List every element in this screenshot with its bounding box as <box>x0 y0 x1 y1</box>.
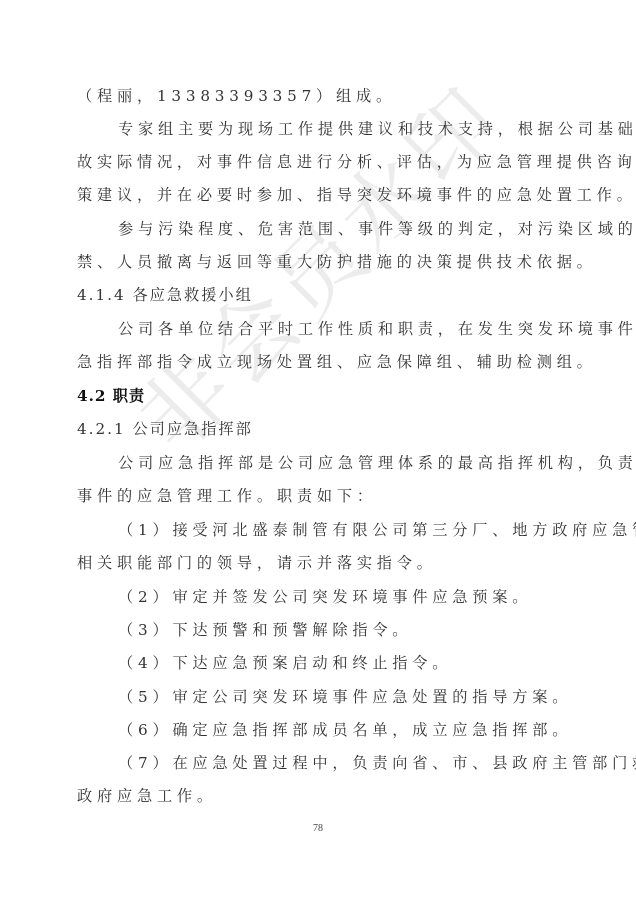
list-item-2: （2）审定并签发公司突发环境事件应急预案。 <box>118 581 561 614</box>
list-item-6: （6）确定应急指挥部成员名单，成立应急指挥部。 <box>118 714 561 747</box>
paragraph-line: 公司应急指挥部是公司应急管理体系的最高指挥机构，负责公司突发 <box>118 447 561 480</box>
list-item-1: （1）接受河北盛泰制管有限公司第三分厂、地方政府应急管理机构及 <box>118 514 561 547</box>
text-line: 策建议，并在必要时参加、指导突发环境事件的应急处置工作。 <box>77 179 561 212</box>
text-line: 相关职能部门的领导，请示并落实指令。 <box>77 547 561 580</box>
section-heading-4-2: 4.2 职责 <box>77 380 561 413</box>
text-line: 禁、人员撤离与返回等重大防护措施的决策提供技术依据。 <box>77 246 561 279</box>
page-number: 78 <box>306 820 330 838</box>
paragraph-line: 公司各单位结合平时工作性质和职责，在发生突发环境事件时根据应 <box>118 313 561 346</box>
paragraph-line: 专家组主要为现场工作提供建议和技术支持，根据公司基础资料和事 <box>118 113 561 146</box>
list-item-7: （7）在应急处置过程中，负责向省、市、县政府主管部门救援或配合 <box>118 747 561 780</box>
section-heading-4-2-1: 4.2.1 公司应急指挥部 <box>77 413 561 446</box>
text-line: 政府应急工作。 <box>77 780 561 813</box>
list-item-3: （3）下达预警和预警解除指令。 <box>118 614 561 647</box>
list-item-5: （5）审定公司突发环境事件应急处置的指导方案。 <box>118 681 561 714</box>
paragraph-line: 参与污染程度、危害范围、事件等级的判定，对污染区域的隔离与解 <box>118 213 561 246</box>
text-line: 故实际情况，对事件信息进行分析、评估，为应急管理提供咨询意见和决 <box>77 146 561 179</box>
document-page: 非会员水印 （程丽，13383393357）组成。 专家组主要为现场工作提供建议… <box>0 0 636 900</box>
text-line: 急指挥部指令成立现场处置组、应急保障组、辅助检测组。 <box>77 346 561 379</box>
section-heading-4-1-4: 4.1.4 各应急救援小组 <box>77 279 561 312</box>
text-line: （程丽，13383393357）组成。 <box>77 80 561 113</box>
text-line: 事件的应急管理工作。职责如下： <box>77 480 561 513</box>
list-item-4: （4）下达应急预案启动和终止指令。 <box>118 647 561 680</box>
